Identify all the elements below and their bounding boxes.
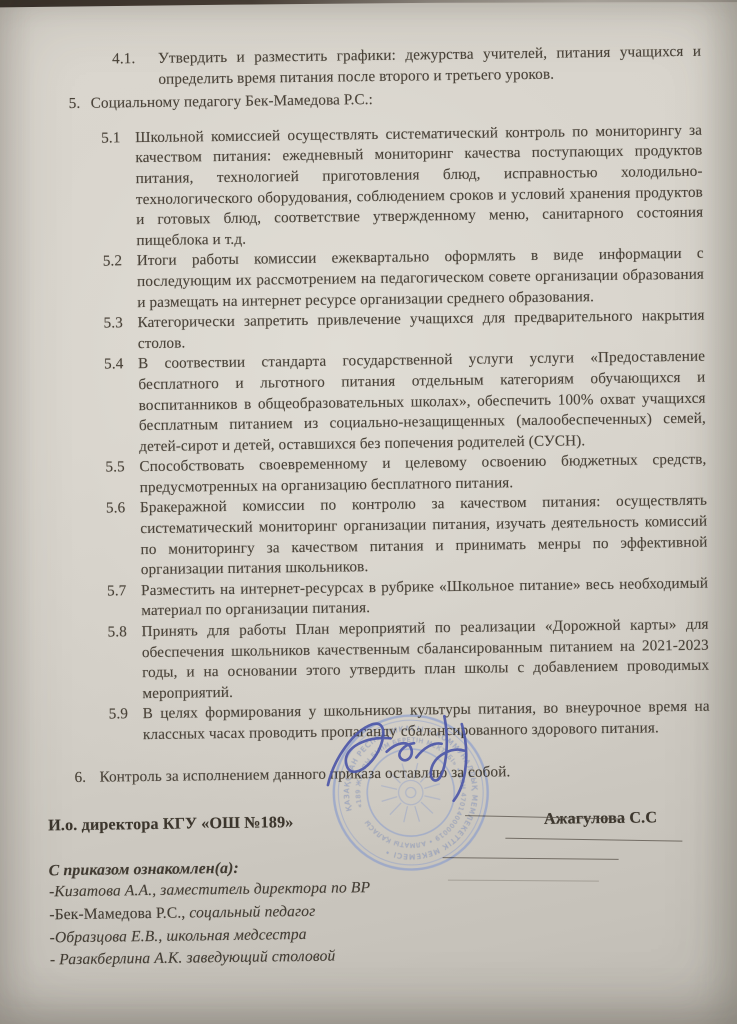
item-number: 5.1 — [101, 128, 135, 149]
person-name: -Бек-Мамедова Р.С., — [49, 905, 185, 924]
order-item: 5.2Итоги работы комиссии ежеквартально о… — [103, 244, 705, 314]
item-number: 5. — [69, 94, 91, 115]
item-number: 5.3 — [103, 313, 137, 334]
item-number: 5.2 — [103, 251, 137, 272]
person-name: -Образцова Е.В., — [50, 927, 163, 945]
item-text: Принять для работы План мероприятий по р… — [142, 616, 710, 702]
order-item: 4.1.Утвердить и разместить графики: дежу… — [112, 42, 701, 91]
item-number: 5.6 — [106, 499, 140, 520]
signature-ink — [312, 694, 518, 831]
item-number: 6. — [74, 767, 99, 788]
item-text: Бракеражной комиссии по контролю за каче… — [140, 492, 708, 578]
item-number: 5.8 — [107, 622, 141, 643]
person-name: - Разакберлина А.К. — [50, 950, 183, 969]
order-item: 5.6Бракеражной комиссии по контролю за к… — [106, 491, 708, 581]
person-name: -Кизатова А.А., — [49, 882, 156, 900]
director-position-label: И.о. директора КГУ «ОШ №189» — [48, 812, 294, 836]
item-text: Школьной комиссией осуществлять системат… — [135, 121, 703, 248]
item-number: 5.5 — [105, 457, 139, 478]
scanned-document-photo: 4.1.Утвердить и разместить графики: дежу… — [0, 0, 737, 1024]
item-number: 5.9 — [109, 704, 143, 725]
order-document: 4.1.Утвердить и разместить графики: дежу… — [38, 42, 713, 972]
order-item: 5.4В соотвествии стандарта государственн… — [104, 347, 706, 458]
item-number: 5.7 — [107, 581, 141, 602]
person-role: заведующий столовой — [186, 948, 335, 967]
order-item: 5.8Принять для работы План мероприятий п… — [107, 615, 709, 705]
order-item: 5.1Школьной комиссией осуществлять систе… — [101, 120, 704, 251]
item-text: Способствовать своевременному и целевому… — [139, 451, 706, 496]
signature-line — [505, 838, 682, 842]
item-text: Социальному педагогу Бек-Мамедова Р.С.: — [91, 91, 373, 112]
item-number: 5.4 — [104, 354, 138, 375]
item-number: 4.1. — [112, 49, 158, 70]
item-text: Категорически запретить привлечение учащ… — [137, 307, 704, 352]
item-text: Утвердить и разместить графики: дежурств… — [158, 43, 701, 88]
item-text: Разместить на интернет-ресурсах в рубрик… — [141, 575, 708, 620]
photo-background-edge — [0, 0, 737, 8]
item-text: Итоги работы комиссии ежеквартально офор… — [137, 245, 704, 311]
person-role: соцальный педагог — [189, 903, 315, 922]
person-role: заместитель директора по ВР — [160, 879, 370, 899]
order-item: 5.Социальному педагогу Бек-Мамедова Р.С.… — [69, 86, 702, 115]
person-role: школьная медсестра — [166, 926, 306, 945]
item-text: В соотвествии стандарта государственной … — [138, 348, 706, 455]
